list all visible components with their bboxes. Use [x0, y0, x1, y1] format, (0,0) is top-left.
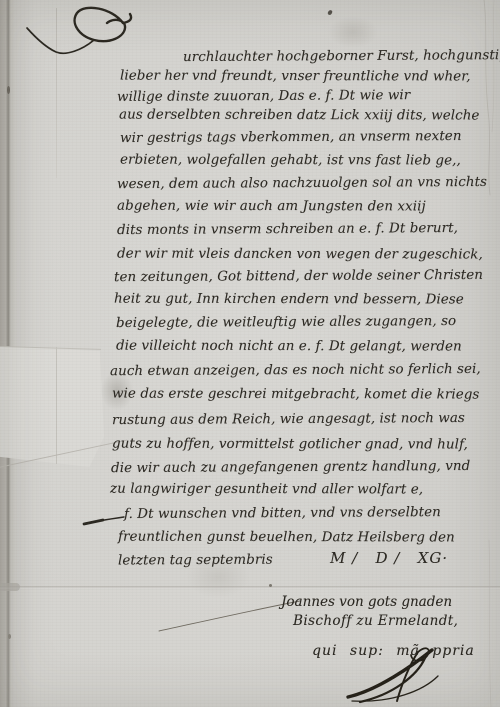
- letter-line-5: wir gestrigs tags vberkommen, an vnserm …: [120, 128, 462, 148]
- letter-line-7: wesen, dem auch also nachzuuolgen sol an…: [117, 174, 487, 194]
- letter-line-12: heit zu gut, Inn kirchen endern vnd bess…: [114, 291, 464, 310]
- letter-line-14: die villeicht noch nicht an e. f. Dt gel…: [116, 338, 462, 357]
- letter-line-10: der wir mit vleis dancken von wegen der …: [117, 246, 483, 265]
- date-roman-numerals: M / D / XG·: [330, 549, 448, 567]
- letter-line-4: aus derselbten schreiben datz Lick xxiij…: [119, 107, 480, 126]
- letter-line-8: abgehen, wie wir auch am Jungsten den xx…: [117, 198, 426, 217]
- letter-line-16: wie das erste geschrei mitgebracht, kome…: [112, 386, 479, 405]
- letter-line-17: rustung aus dem Reich, wie angesagt, ist…: [112, 410, 465, 430]
- letter-line-9: dits monts in vnserm schreiben an e. f. …: [117, 220, 458, 240]
- letter-line-6: erbieten, wolgefallen gehabt, ist vns fa…: [120, 152, 461, 171]
- letter-line-20: zu langwiriger gesuntheit vnd aller wolf…: [110, 481, 423, 500]
- letter-line-19: die wir auch zu angefangenen grentz hand…: [111, 458, 470, 478]
- letter-line-18: guts zu hoffen, vormittelst gotlicher gn…: [112, 436, 468, 455]
- letter-line-23: letzten tag septembris: [118, 552, 273, 571]
- letter-line-15: auch etwan anzeigen, das es noch nicht s…: [110, 361, 481, 381]
- signature-manu-propria-line: qui sup: mã ppria: [312, 643, 475, 659]
- signature-name-line: Joannes von gots gnaden: [281, 594, 452, 610]
- letter-line-3: willige dinste zuuoran, Das e. f. Dt wie…: [117, 87, 410, 107]
- letter-line-11: ten zeitungen, Got bittend, der wolde se…: [114, 267, 483, 287]
- letter-line-22: freuntlichen gunst beuelhen, Datz Heilsb…: [118, 529, 455, 548]
- letter-line-1: urchlauchter hochgeborner Furst, hochgun…: [183, 47, 500, 67]
- letter-line-2: lieber her vnd freundt, vnser freuntlich…: [120, 68, 471, 87]
- letter-line-13: beigelegte, die weitleuftig wie alles zu…: [116, 313, 456, 333]
- signature-title-line: Bischoff zu Ermelandt,: [293, 613, 458, 629]
- letter-line-21: f. Dt wunschen vnd bitten, vnd vns derse…: [124, 504, 441, 524]
- scanned-letter-page: D urchlauchter hochgeborner Furst, hochg…: [0, 0, 500, 707]
